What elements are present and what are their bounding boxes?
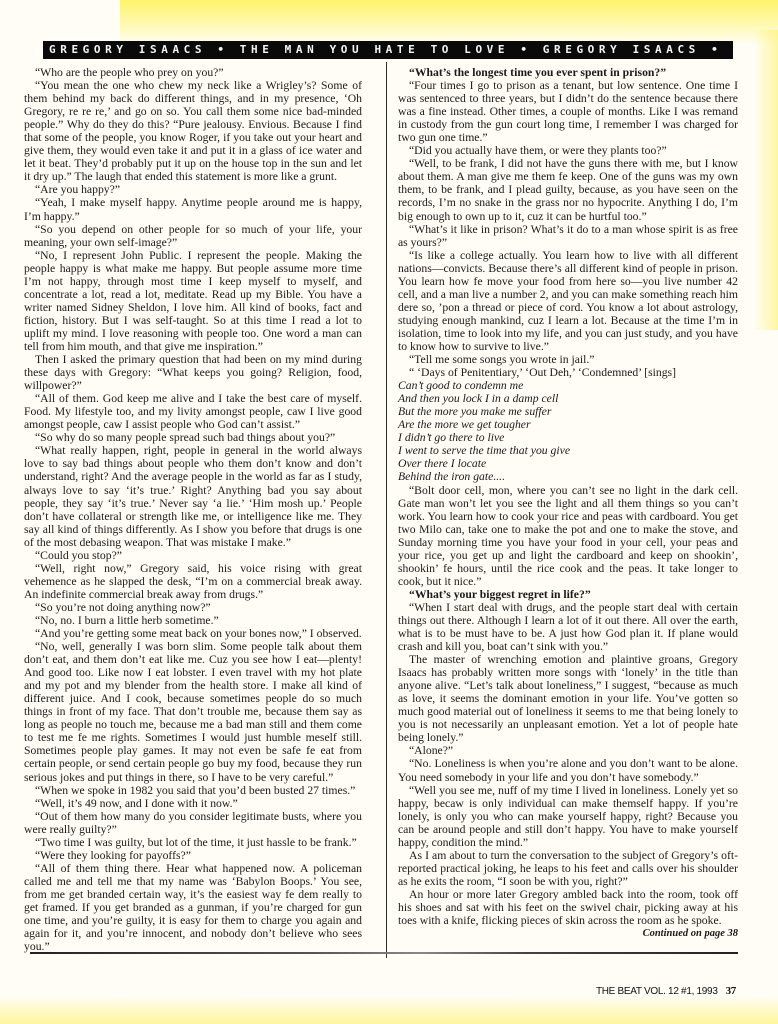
page-number: 37 (726, 985, 736, 997)
paragraph: “Well, right now,” Gregory said, his voi… (24, 562, 362, 601)
paper-yellow-tint-top (120, 0, 778, 45)
lyric-line: But the more you make me suffer (398, 405, 738, 418)
left-column: “Who are the people who prey on you?” “Y… (24, 66, 362, 953)
paragraph: “When we spoke in 1982 you said that you… (24, 784, 362, 797)
question-paragraph: “What’s the longest time you ever spent … (398, 66, 738, 79)
paragraph: “And you’re getting some meat back on yo… (24, 627, 362, 640)
continued-on-link[interactable]: Continued on page 38 (398, 927, 738, 940)
column-divider (386, 62, 387, 958)
paragraph: “Four times I go to prison as a tenant, … (398, 79, 738, 144)
paragraph: “Bolt door cell, mon, where you can’t se… (398, 484, 738, 588)
paragraph: “No, well, generally I was born slim. So… (24, 640, 362, 784)
paragraph: “Well you see me, nuff of my time I live… (398, 784, 738, 849)
paragraph: “When I start deal with drugs, and the p… (398, 601, 738, 653)
page-footer: THE BEAT VOL. 12 #1, 199337 (596, 985, 736, 997)
paragraph: “You mean the one who chew my neck like … (24, 79, 362, 183)
paragraph: “ ‘Days of Penitentiary,’ ‘Out Deh,’ ‘Co… (398, 366, 738, 379)
paragraph: “Two time I was guilty, but lot of the t… (24, 836, 362, 849)
paragraph: “So why do so many people spread such ba… (24, 431, 362, 444)
paper-yellow-tint-right (754, 30, 778, 330)
lyric-line: Behind the iron gate.... (398, 470, 738, 483)
paragraph: “Is like a college actually. You learn h… (398, 249, 738, 353)
paragraph: An hour or more later Gregory ambled bac… (398, 888, 738, 927)
paragraph: “Were they looking for payoffs?” (24, 849, 362, 862)
paragraph: “Who are the people who prey on you?” (24, 66, 362, 79)
bottom-rule (30, 952, 738, 954)
lyric-line: Over there I locate (398, 457, 738, 470)
running-title: GREGORY ISAACS • THE MAN YOU HATE TO LOV… (49, 43, 733, 56)
paragraph: “Well, to be frank, I did not have the g… (398, 157, 738, 222)
paragraph: “So you’re not doing anything now?” (24, 601, 362, 614)
paragraph: “Yeah, I make myself happy. Anytime peop… (24, 196, 362, 222)
paragraph: “Are you happy?” (24, 183, 362, 196)
lyric-line: Can’t good to condemn me (398, 379, 738, 392)
right-column: “What’s the longest time you ever spent … (398, 66, 738, 940)
lyric-line: I didn’t go there to live (398, 431, 738, 444)
paragraph: “No. Loneliness is when you’re alone and… (398, 757, 738, 783)
paragraph: “What really happen, right, people in ge… (24, 444, 362, 548)
paragraph: “Tell me some songs you wrote in jail.” (398, 353, 738, 366)
paragraph: “All of them thing there. Hear what happ… (24, 862, 362, 953)
paragraph: “No, I represent John Public. I represen… (24, 249, 362, 353)
question-paragraph: “What’s your biggest regret in life?” (398, 588, 738, 601)
paragraph: “All of them. God keep me alive and I ta… (24, 392, 362, 431)
paragraph: The master of wrenching emotion and plai… (398, 653, 738, 744)
paragraph: “So you depend on other people for so mu… (24, 223, 362, 249)
publication-info: THE BEAT VOL. 12 #1, 1993 (596, 986, 718, 997)
paper-yellow-tint-bottom (0, 996, 778, 1024)
lyric-line: And then you lock I in a damp cell (398, 392, 738, 405)
paragraph: “No, no. I burn a little herb sometime.” (24, 614, 362, 627)
paragraph: “Out of them how many do you consider le… (24, 810, 362, 836)
lyric-line: Are the more we get tougher (398, 418, 738, 431)
paragraph: Then I asked the primary question that h… (24, 353, 362, 392)
paragraph: “What’s it like in prison? What’s it do … (398, 223, 738, 249)
paragraph: “Could you stop?” (24, 549, 362, 562)
paragraph: “Did you actually have them, or were the… (398, 144, 738, 157)
lyric-line: I went to serve the time that you give (398, 444, 738, 457)
paragraph: As I am about to turn the conversation t… (398, 849, 738, 888)
paragraph: “Alone?” (398, 744, 738, 757)
running-title-bar: GREGORY ISAACS • THE MAN YOU HATE TO LOV… (43, 41, 733, 59)
paragraph: “Well, it’s 49 now, and I done with it n… (24, 797, 362, 810)
